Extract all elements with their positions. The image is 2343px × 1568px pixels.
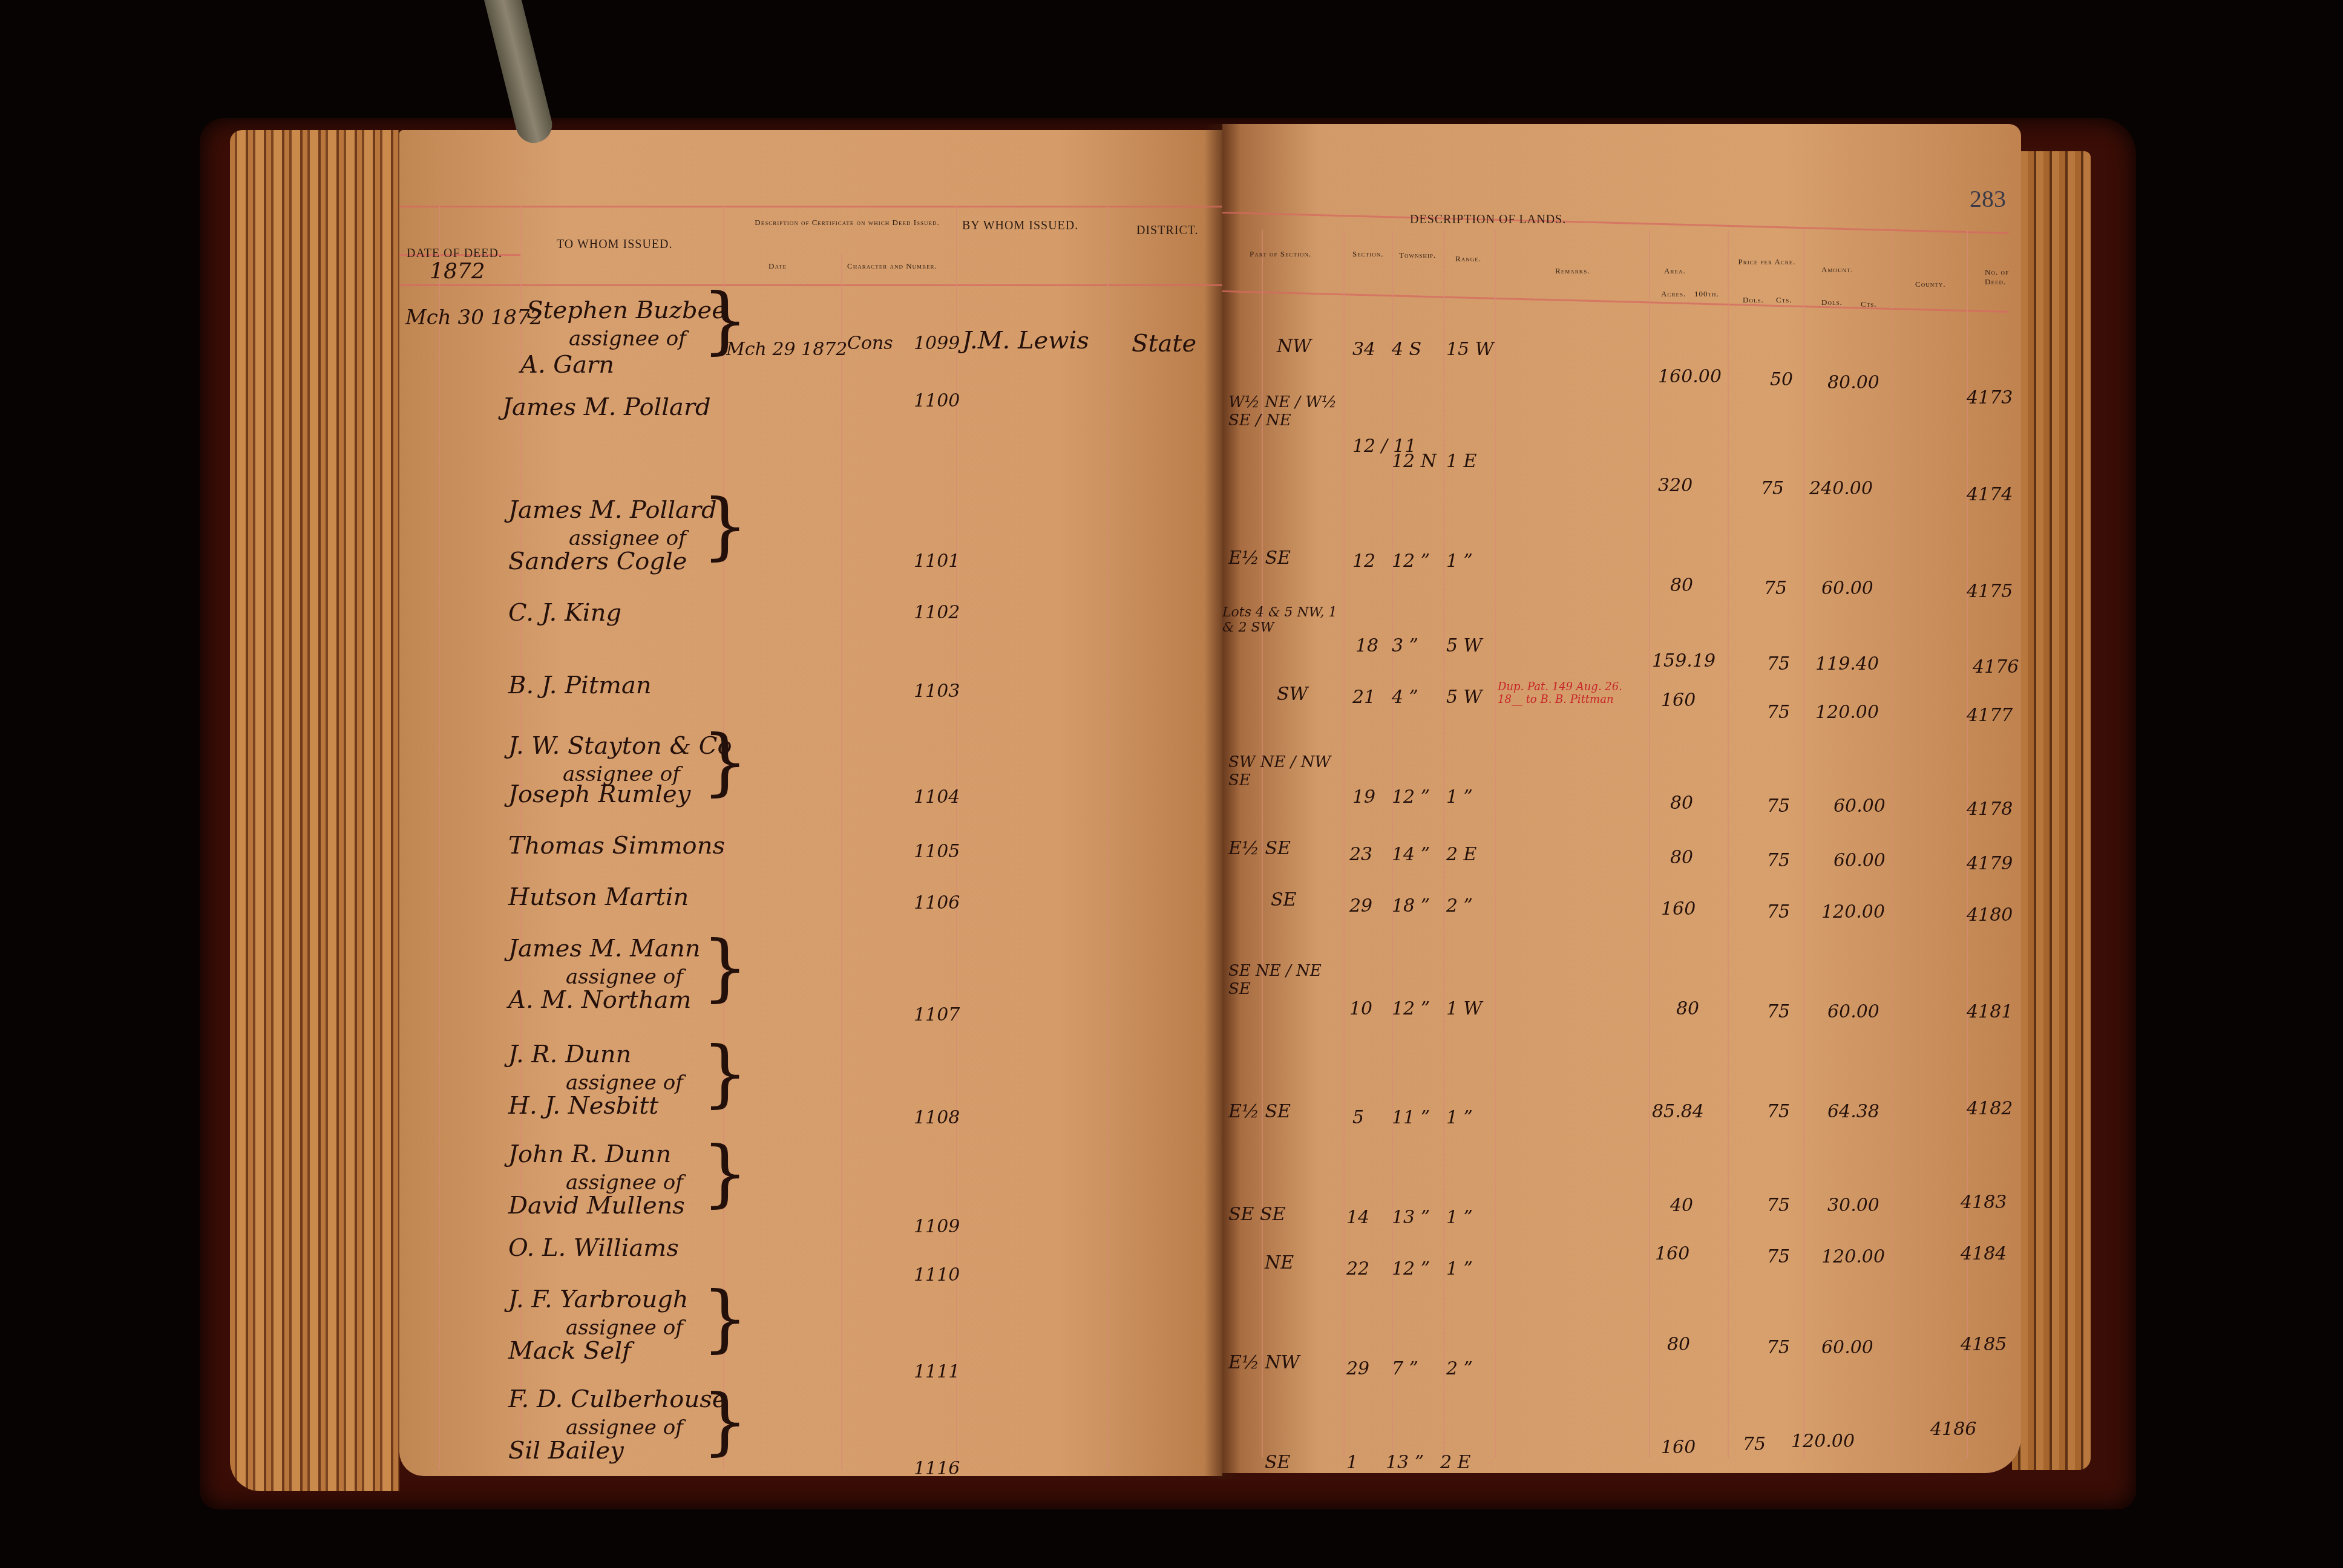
entry-township: 4 ” [1392,687,1418,708]
entry-amount: 60.00 [1821,578,1873,599]
header-section: Section. [1352,249,1383,259]
page-number: 283 [1970,185,2006,213]
entry-section: 29 [1349,895,1372,916]
entry-assignee-label: assignee of [569,526,686,550]
entry-section: 1 [1346,1452,1358,1473]
entry-township: 3 ” [1392,635,1418,656]
header-range: Range. [1455,254,1481,264]
entry-acres: 320 [1658,475,1693,496]
entry-name: Hutson Martin [508,883,689,911]
right-page [1222,124,2021,1473]
entry-part: NE [1265,1252,1294,1273]
entry-cert-number: 1110 [914,1264,960,1285]
header-amount-dols: Dols. [1821,298,1843,307]
entry-assignee: A. M. Northam [508,986,692,1014]
entry-cert-number: 1109 [914,1216,960,1237]
entry-township: 18 ” [1392,895,1430,916]
entry-deed-no: 4182 [1967,1098,2013,1119]
entry-part: NW [1277,336,1311,357]
entry-range: 2 ” [1446,895,1473,916]
entry-name: J. F. Yarbrough [508,1285,689,1313]
entry-assignee: A. Garn [520,351,614,379]
entry-amount: 60.00 [1821,1337,1873,1358]
entry-date: Mch 30 1872 [405,305,543,330]
entry-part: W½ NE / W½ SE / NE [1228,393,1343,430]
entry-amount: 120.00 [1821,1246,1885,1267]
entry-township: 7 ” [1392,1358,1418,1379]
header-rule-bottom-left [399,284,1222,286]
entry-price: 75 [1767,653,1790,675]
entry-part: E½ NW [1228,1352,1300,1373]
entry-cert-number: 1111 [914,1361,960,1382]
entry-section: 22 [1346,1258,1369,1279]
entry-acres: 160 [1661,690,1696,711]
page-stack-right [2012,151,2091,1470]
entry-section: 19 [1352,786,1375,808]
entry-price: 75 [1767,1001,1790,1022]
entry-assignee-label: assignee of [566,1171,683,1195]
entry-acres: 80 [1676,998,1699,1019]
entry-township: 12 ” [1392,998,1430,1019]
col-rule [1495,230,1496,1458]
entry-range: 15 W [1446,339,1494,360]
header-certificate-character: Character and Number. [847,261,937,271]
entry-assignee: Mack Self [508,1337,631,1365]
entry-range: 1 ” [1446,1207,1473,1228]
entry-price: 75 [1767,702,1790,723]
entry-deed-no: 4178 [1967,799,2013,820]
entry-acres: 80 [1670,792,1693,814]
header-township: Township. [1399,250,1436,260]
header-amount: Amount. [1821,265,1853,275]
entry-acres: 80 [1667,1334,1690,1355]
col-rule [1443,230,1444,1458]
entry-township: 12 ” [1392,550,1430,572]
entry-assignee-label: assignee of [566,1071,683,1095]
year-heading: 1872 [430,259,485,284]
header-price-cts: Cts. [1776,295,1792,305]
entry-range: 1 ” [1446,1107,1473,1128]
entry-amount: 30.00 [1827,1195,1879,1216]
header-by-whom-issued: BY WHOM ISSUED. [962,219,1078,233]
entry-deed-no: 4176 [1973,656,2019,678]
brace-icon: } [702,1037,748,1110]
entry-amount: 80.00 [1827,372,1879,393]
header-price-per-acre: Price per Acre. [1737,257,1797,267]
entry-township: 12 ” [1392,786,1430,808]
header-county: County. [1915,279,1945,289]
entry-price: 50 [1770,369,1793,390]
entry-name: B. J. Pitman [508,671,652,699]
entry-cert-number: 1103 [914,681,960,702]
entry-deed-no: 4175 [1967,581,2013,602]
entry-part: E½ SE [1228,1101,1291,1122]
entry-cert-number: 1105 [914,841,960,862]
header-certificate-date: Date [768,261,787,271]
entry-deed-no: 4179 [1967,853,2013,874]
entry-name: J. R. Dunn [508,1040,631,1068]
header-area-100th: 100th. [1694,289,1719,299]
entry-cert-number: 1100 [914,390,960,411]
entry-price: 75 [1767,1246,1790,1267]
brace-icon: } [702,1385,748,1458]
col-rule [841,254,842,1470]
entry-part: E½ SE [1228,547,1291,569]
col-rule [1728,230,1729,1458]
entry-cert-number: 1107 [914,1004,960,1025]
entry-section: 5 [1352,1107,1364,1128]
entry-assignee: Sanders Cogle [508,547,687,575]
entry-township: 4 S [1392,339,1421,360]
entry-assignee-label: assignee of [566,965,683,989]
entry-acres: 80 [1670,575,1693,596]
entry-section: 14 [1346,1207,1369,1228]
entry-name: John R. Dunn [508,1140,671,1168]
entry-acres: 85.84 [1652,1101,1704,1122]
entry-assignee: Sil Bailey [508,1437,624,1465]
header-part-of-section: Part of Section. [1250,249,1311,259]
entry-section: 10 [1349,998,1372,1019]
entry-township: 11 ” [1392,1107,1430,1128]
entry-range: 1 E [1446,451,1477,472]
brace-icon: } [702,490,748,563]
entry-part: SE [1265,1452,1290,1473]
col-rule [439,206,440,1470]
entry-price: 75 [1743,1434,1766,1455]
brace-icon: } [702,932,748,1004]
entry-township: 14 ” [1392,844,1430,865]
entry-price: 75 [1767,1195,1790,1216]
brace-icon: } [702,726,748,799]
entry-deed-no: 4177 [1967,705,2013,726]
entry-range: 1 W [1446,998,1482,1019]
header-description-of-lands: DESCRIPTION OF LANDS. [1410,213,1566,227]
entry-acres: 160 [1661,1437,1696,1458]
col-rule [1343,230,1345,1458]
entry-deed-no: 4174 [1967,484,2013,505]
entry-acres: 40 [1670,1195,1693,1216]
entry-cert-character: Cons [847,333,893,354]
entry-price: 75 [1767,1337,1790,1358]
col-rule [1891,230,1892,1458]
entry-assignee: Joseph Rumley [508,780,690,808]
entry-cert-number: 1102 [914,602,960,623]
entry-assignee: H. J. Nesbitt [508,1092,658,1120]
entry-amount: 120.00 [1791,1431,1855,1452]
entry-amount: 64.38 [1827,1101,1879,1122]
entry-amount: 120.00 [1815,702,1879,723]
entry-acres: 80 [1670,847,1693,868]
entry-assignee-label: assignee of [569,327,686,351]
entry-name: O. L. Williams [508,1234,679,1262]
entry-part: E½ SE [1228,838,1291,859]
page-stack-left [230,130,399,1491]
header-district: DISTRICT. [1136,224,1199,238]
header-remarks: Remarks. [1555,266,1590,276]
entry-name: Thomas Simmons [508,832,725,860]
header-no-of-deed: No. of Deed. [1985,267,2021,287]
entry-cert-number: 1101 [914,550,960,572]
entry-cert-date: Mch 29 1872 [726,339,847,360]
entry-name: James M. Pollard [502,393,711,421]
entry-deed-no: 4186 [1930,1419,1976,1440]
entry-deed-no: 4180 [1967,904,2013,926]
entry-issued-by: J.M. Lewis [962,327,1089,354]
entry-range: 2 E [1446,844,1477,865]
entry-price: 75 [1761,478,1784,499]
brace-icon: } [702,1282,748,1355]
entry-township: 12 ” [1392,1258,1430,1279]
entry-cert-number: 1116 [914,1458,960,1479]
entry-price: 75 [1767,850,1790,871]
entry-section: 18 [1355,635,1378,656]
book-gutter [1204,124,1240,1479]
entry-section: 21 [1352,687,1375,708]
entry-range: 1 ” [1446,550,1473,572]
col-rule [1967,230,1968,1458]
entry-range: 2 ” [1446,1358,1473,1379]
col-rule [1649,230,1650,1458]
col-rule [1803,230,1804,1458]
entry-name: J. W. Stayton & Co [508,732,732,760]
entry-name: James M. Mann [508,935,700,962]
entry-range: 1 ” [1446,786,1473,808]
entry-range: 5 W [1446,635,1482,656]
entry-amount: 119.40 [1815,653,1879,675]
entry-price: 75 [1767,1101,1790,1122]
header-rule-top-left [399,206,1222,207]
header-area: Area. [1664,266,1686,276]
entry-acres: 159.19 [1652,650,1715,671]
entry-price: 75 [1767,901,1790,923]
entry-deed-no: 4181 [1967,1001,2013,1022]
entry-amount: 240.00 [1809,478,1873,499]
entry-amount: 120.00 [1821,901,1885,923]
header-area-acres: Acres. [1661,289,1686,299]
entry-acres: 160.00 [1658,366,1722,387]
entry-township: 12 N [1392,451,1437,472]
entry-section: 34 [1352,339,1375,360]
entry-name: James M. Pollard [508,496,717,524]
entry-part: SE SE [1228,1204,1285,1225]
brace-icon: } [702,1137,748,1210]
entry-acres: 160 [1661,898,1696,920]
header-amount-cts: Cts. [1861,299,1876,309]
col-rule [1107,206,1109,1470]
header-certificate-group: Description of Certificate on which Deed… [744,218,950,227]
entry-assignee-label: assignee of [566,1416,683,1440]
entry-part: SW [1277,684,1308,705]
entry-section: 12 [1352,550,1375,572]
entry-deed-no: 4183 [1961,1192,2007,1213]
entry-assignee: David Mullens [508,1192,685,1220]
entry-remarks: Dup. Pat. 149 Aug. 26. 18__ to B. B. Pit… [1498,681,1643,706]
entry-range: 2 E [1440,1452,1471,1473]
entry-part: SW NE / NW SE [1228,753,1343,789]
entry-range: 1 ” [1446,1258,1473,1279]
entry-name: C. J. King [508,599,621,627]
entry-acres: 160 [1655,1243,1689,1264]
entry-cert-number: 1104 [914,786,960,808]
entry-price: 75 [1767,795,1790,817]
entry-cert-number: 1106 [914,892,960,913]
header-to-whom-issued: TO WHOM ISSUED. [557,238,673,252]
entry-amount: 60.00 [1833,850,1886,871]
entry-name: Stephen Buzbee [526,296,726,324]
entry-cert-number: 1099 [914,333,960,354]
entry-range: 5 W [1446,687,1482,708]
entry-section: 29 [1346,1358,1369,1379]
entry-part: SE [1271,889,1296,910]
entry-name: F. D. Culberhouse [508,1385,726,1413]
entry-township: 13 ” [1392,1207,1430,1228]
entry-deed-no: 4184 [1961,1243,2007,1264]
header-price-dols: Dols. [1743,295,1764,305]
entry-section: 23 [1349,844,1372,865]
entry-part: SE NE / NE SE [1228,962,1343,998]
entry-price: 75 [1764,578,1787,599]
entry-township: 13 ” [1386,1452,1424,1473]
entry-deed-no: 4173 [1967,387,2013,408]
entry-district: State [1132,330,1196,358]
entry-amount: 60.00 [1833,795,1886,817]
entry-deed-no: 4185 [1961,1334,2007,1355]
entry-amount: 60.00 [1827,1001,1879,1022]
entry-cert-number: 1108 [914,1107,960,1128]
entry-part: Lots 4 & 5 NW, 1 & 2 SW [1222,605,1343,635]
entry-assignee-label: assignee of [566,1316,683,1340]
